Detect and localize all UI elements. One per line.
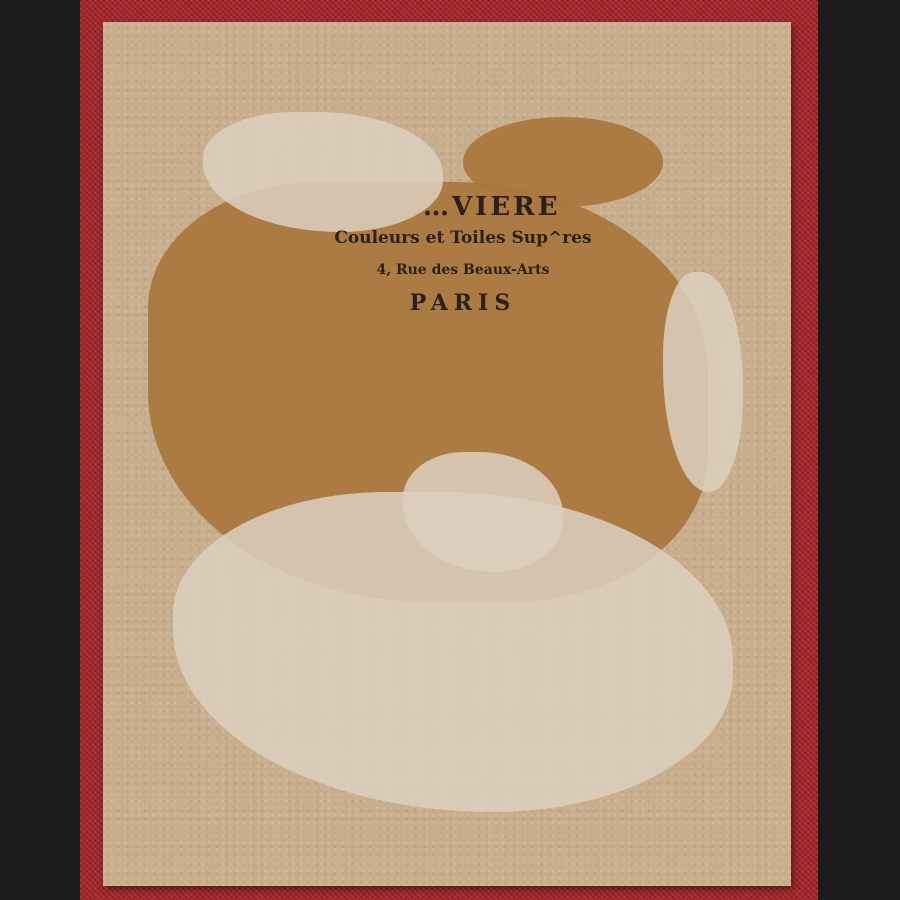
stamp-tagline: Couleurs et Toiles Sup^res: [303, 228, 623, 248]
left-dark-border: [0, 0, 80, 900]
merchant-stamp: …VIERE Couleurs et Toiles Sup^res 4, Rue…: [303, 192, 623, 316]
cardboard-panel: …VIERE Couleurs et Toiles Sup^res 4, Rue…: [103, 22, 791, 886]
stamp-merchant-name: …VIERE: [423, 192, 623, 222]
stamp-city: PARIS: [303, 290, 623, 316]
stamp-address: 4, Rue des Beaux-Arts: [303, 262, 623, 278]
right-dark-border: [818, 0, 900, 900]
